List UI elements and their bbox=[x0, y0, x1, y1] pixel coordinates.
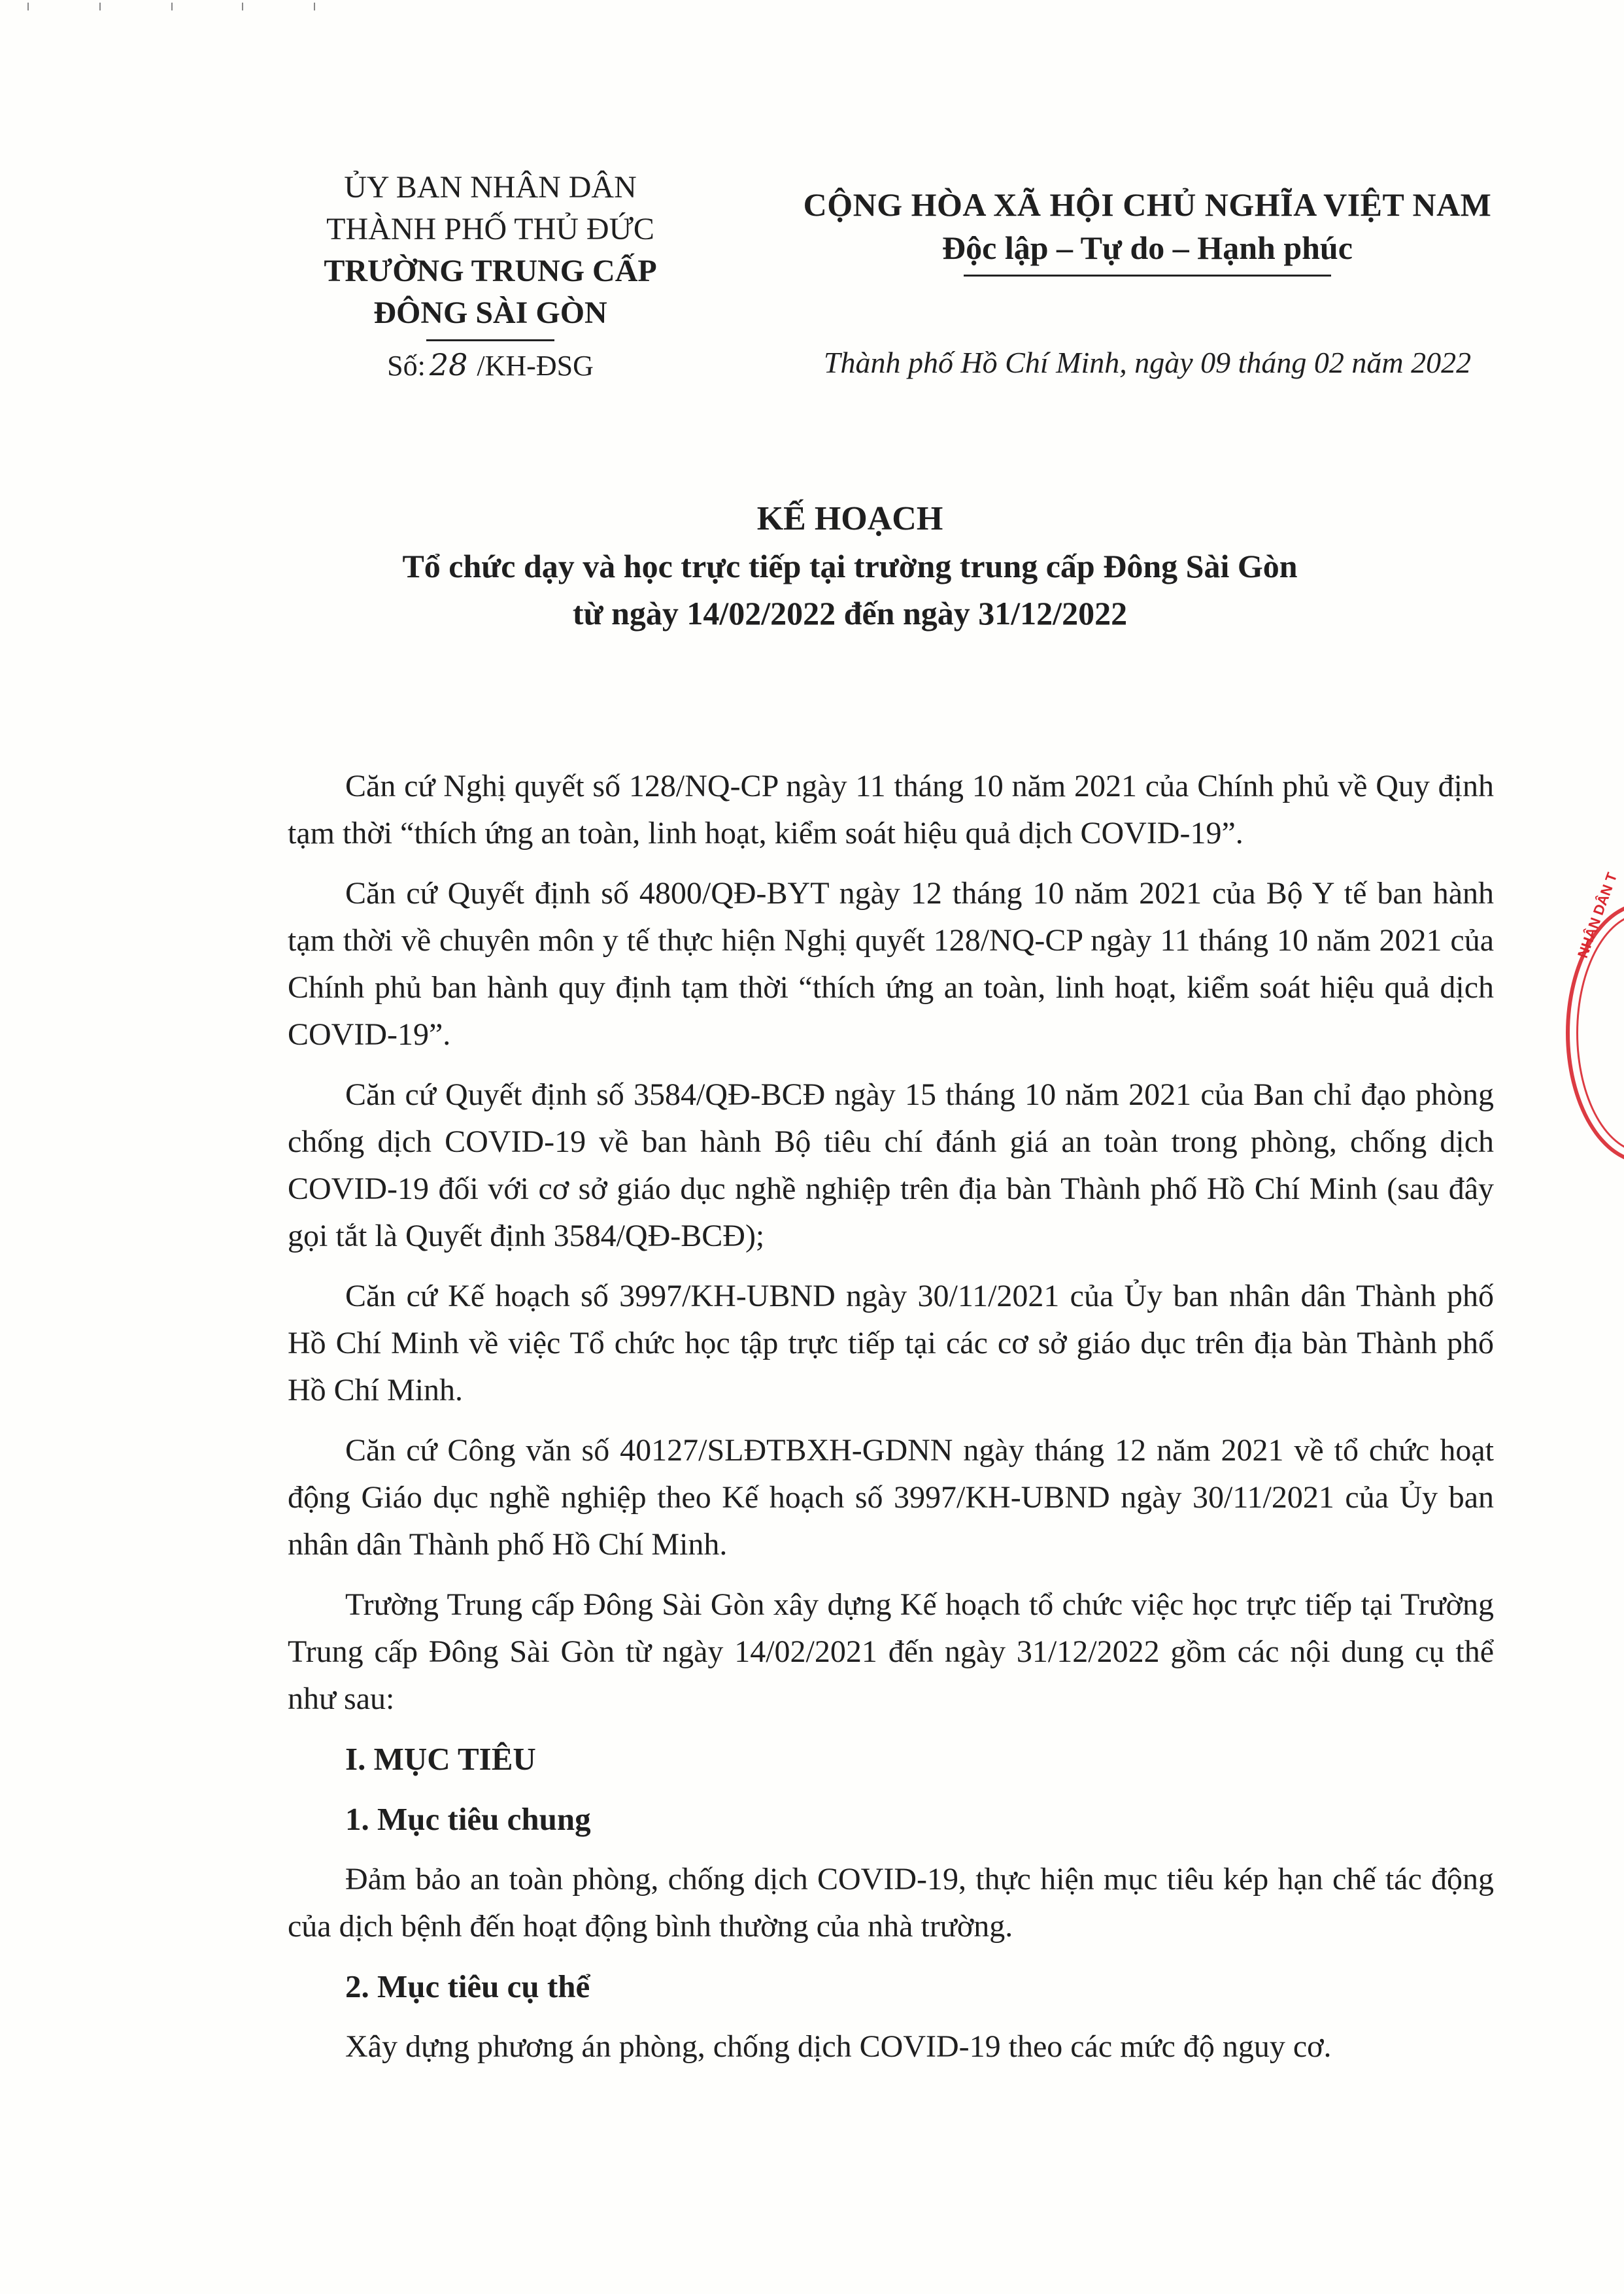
nation-name: CỘNG HÒA XÃ HỘI CHỦ NGHĨA VIỆT NAM bbox=[726, 183, 1569, 226]
paragraph-text: Căn cứ Nghị quyết số 128/NQ-CP ngày 11 t… bbox=[288, 763, 1494, 857]
document-title: KẾ HOẠCH bbox=[196, 496, 1504, 543]
authority-divider bbox=[426, 339, 554, 341]
authority-line-2: THÀNH PHỐ THỦ ĐỨC bbox=[262, 209, 719, 250]
scan-mark bbox=[171, 3, 173, 10]
legal-basis-paragraph: Căn cứ Quyết định số 3584/QĐ-BCĐ ngày 15… bbox=[288, 1071, 1494, 1260]
document-number-suffix: /KH-ĐSG bbox=[477, 350, 593, 382]
document-subtitle-line-2: từ ngày 14/02/2022 đến ngày 31/12/2022 bbox=[196, 590, 1504, 637]
scan-mark bbox=[314, 3, 315, 10]
section-heading-objectives: I. MỤC TIÊU bbox=[288, 1736, 1494, 1783]
place-and-date: Thành phố Hồ Chí Minh, ngày 09 tháng 02 … bbox=[726, 343, 1569, 382]
paragraph-text: Trường Trung cấp Đông Sài Gòn xây dựng K… bbox=[288, 1581, 1494, 1723]
paragraph-text: Xây dựng phương án phòng, chống dịch COV… bbox=[288, 2023, 1494, 2070]
intro-paragraph: Trường Trung cấp Đông Sài Gòn xây dựng K… bbox=[288, 1581, 1494, 1723]
specific-objective-paragraph: Xây dựng phương án phòng, chống dịch COV… bbox=[288, 2023, 1494, 2070]
document-subtitle-line-1: Tổ chức dạy và học trực tiếp tại trường … bbox=[196, 543, 1504, 590]
national-header-block: CỘNG HÒA XÃ HỘI CHỦ NGHĨA VIỆT NAM Độc l… bbox=[726, 183, 1569, 277]
paragraph-text: Căn cứ Quyết định số 3584/QĐ-BCĐ ngày 15… bbox=[288, 1071, 1494, 1260]
authority-line-1: ỦY BAN NHÂN DÂN bbox=[262, 167, 719, 209]
school-name-line-2: ĐÔNG SÀI GÒN bbox=[262, 292, 719, 334]
subsection-heading-general: 1. Mục tiêu chung bbox=[288, 1796, 1494, 1843]
scan-mark bbox=[99, 3, 101, 10]
document-body: Căn cứ Nghị quyết số 128/NQ-CP ngày 11 t… bbox=[288, 716, 1494, 2083]
legal-basis-paragraph: Căn cứ Nghị quyết số 128/NQ-CP ngày 11 t… bbox=[288, 716, 1494, 857]
legal-basis-paragraph: Căn cứ Công văn số 40127/SLĐTBXH-GDNN ng… bbox=[288, 1427, 1494, 1568]
issuing-authority-block: ỦY BAN NHÂN DÂN THÀNH PHỐ THỦ ĐỨC TRƯỜNG… bbox=[262, 167, 719, 386]
subsection-heading-text: 2. Mục tiêu cụ thể bbox=[288, 1963, 1494, 2010]
paragraph-text: Đảm bảo an toàn phòng, chống dịch COVID-… bbox=[288, 1856, 1494, 1950]
document-number-label: Số: bbox=[387, 350, 426, 382]
document-title-block: KẾ HOẠCH Tổ chức dạy và học trực tiếp tạ… bbox=[196, 496, 1504, 637]
national-motto: Độc lập – Tự do – Hạnh phúc bbox=[726, 226, 1569, 269]
legal-basis-paragraph: Căn cứ Quyết định số 4800/QĐ-BYT ngày 12… bbox=[288, 870, 1494, 1058]
scan-mark bbox=[242, 3, 243, 10]
motto-divider bbox=[964, 275, 1331, 277]
scan-mark bbox=[27, 3, 29, 10]
document-number-value: 28 bbox=[426, 347, 477, 382]
document-page: ỦY BAN NHÂN DÂN THÀNH PHỐ THỦ ĐỨC TRƯỜNG… bbox=[0, 0, 1624, 2294]
subsection-heading-text: 1. Mục tiêu chung bbox=[288, 1796, 1494, 1843]
section-heading-text: I. MỤC TIÊU bbox=[288, 1736, 1494, 1783]
general-objective-paragraph: Đảm bảo an toàn phòng, chống dịch COVID-… bbox=[288, 1856, 1494, 1950]
subsection-heading-specific: 2. Mục tiêu cụ thể bbox=[288, 1963, 1494, 2010]
school-name-line-1: TRƯỜNG TRUNG CẤP bbox=[262, 250, 719, 292]
document-number: Số:28/KH-ĐSG bbox=[262, 345, 719, 386]
paragraph-text: Căn cứ Quyết định số 4800/QĐ-BYT ngày 12… bbox=[288, 870, 1494, 1058]
paragraph-text: Căn cứ Công văn số 40127/SLĐTBXH-GDNN ng… bbox=[288, 1427, 1494, 1568]
legal-basis-paragraph: Căn cứ Kế hoạch số 3997/KH-UBND ngày 30/… bbox=[288, 1273, 1494, 1414]
paragraph-text: Căn cứ Kế hoạch số 3997/KH-UBND ngày 30/… bbox=[288, 1273, 1494, 1414]
